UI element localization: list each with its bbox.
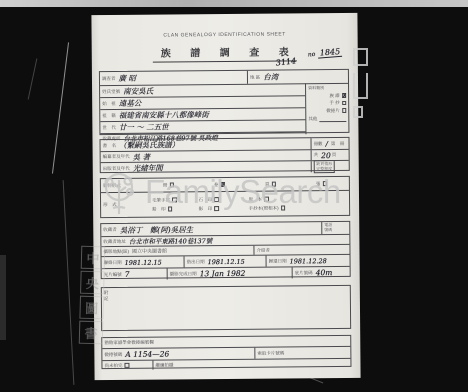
option-label: 冊: [163, 182, 168, 188]
checkbox: [342, 108, 347, 113]
film-mark: [353, 106, 363, 118]
owner-cell: 收藏者 吳浴丁 鄭(阿)吳居生: [101, 222, 321, 236]
pages-cell: 共 20 頁: [311, 150, 349, 160]
format-label-cell: 資料形式: [101, 179, 141, 192]
seal-char: 央: [80, 271, 105, 295]
date-cell: 聯絡日期 1981.12.15: [102, 256, 184, 268]
field-label: 世 代: [102, 124, 116, 130]
checkbox: [124, 363, 129, 368]
option: 石 印: [199, 197, 219, 203]
field-label: 微捲號碼: [104, 351, 122, 357]
option: 冊: [163, 182, 174, 188]
option-label: 毛筆手寫: [152, 197, 170, 203]
field-value-handwritten: 7: [125, 270, 130, 279]
handwritten-note: 3114: [275, 56, 296, 67]
option-row: 族 譜: [308, 92, 346, 98]
film-cell: 光片編號 7: [102, 269, 167, 281]
option-label: 張: [316, 181, 321, 187]
option-label: 頁: [265, 181, 270, 187]
field-label: 介紹者: [256, 247, 270, 253]
field-value-handwritten: 1981.12.15: [125, 258, 162, 266]
field-label: 始 祖: [102, 100, 116, 106]
option-row: 微捲片: [308, 107, 346, 113]
checkbox: [322, 181, 327, 186]
condition-box: 缺頁情形 完整程度: [314, 160, 335, 172]
field-value-handwritten: 台湾: [263, 72, 278, 83]
checkbox: [264, 197, 269, 202]
option: 張: [316, 181, 327, 187]
field-value: 國立中央圖書館: [132, 248, 167, 255]
compiler-cell: 調查者 廣 昭: [100, 71, 247, 85]
table-row: 收藏者 吳浴丁 鄭(阿)吳居生 電話 號碼: [101, 222, 349, 236]
other-option: 其他: [308, 115, 346, 121]
field-label: 書 名: [103, 142, 117, 148]
field-label: 調查者: [102, 75, 116, 81]
field-value-handwritten: 13 Jan 1982: [200, 269, 246, 278]
field-value-handwritten: 吳 著: [133, 151, 150, 162]
region-cell: 地 區 台湾: [247, 70, 348, 84]
identity-body: 姓氏堂號 南安吳氏 始 祖 遠基公 祖 籍 福建省南安縣十八都像峰街 世 代 廿…: [100, 83, 348, 136]
table-row: 出版者及年代 光緒年間 缺頁情形 完整程度: [101, 160, 349, 174]
reference-number: no 1845: [307, 47, 342, 59]
option-label: 其他: [308, 116, 317, 122]
field-label: 編纂者及年代: [103, 154, 130, 160]
option-label: 鉛 印: [152, 206, 166, 212]
format-table: 資料形式 冊 卷 頁 張 形 式 毛筆手寫 鉛 印: [100, 176, 350, 218]
film-top-band: [0, 0, 468, 7]
condition-cell: 缺頁情形 完整程度: [311, 161, 349, 172]
header-english: CLAN GENEALOGY IDENTIFICATION SHEET: [92, 31, 358, 39]
option: 卷: [214, 182, 225, 188]
field-label: 歸還日期: [269, 258, 287, 264]
date-cell: 借出日期 1981.12.15: [184, 256, 266, 268]
field-value-handwritten: 廿一 ～ 二五世: [119, 121, 169, 132]
checkbox: [281, 206, 286, 211]
style-column: 原 本 手抄本(照相本): [248, 196, 285, 211]
checkbox: [168, 207, 173, 212]
option-label: 原 本: [248, 196, 262, 202]
ref-value: 1845: [317, 47, 342, 59]
option: 毛筆手寫: [152, 197, 177, 203]
field-label: 共: [314, 152, 319, 158]
date-cell: 歸還日期 1981.12.28: [266, 255, 350, 267]
field-label: 收藏者地址: [103, 238, 126, 244]
seal-char: 圖: [79, 296, 104, 320]
table-row: 光片編號 7 攝影完成日期 13 Jan 1982 底片號碼 40m: [102, 266, 350, 280]
table-row: 形 式 毛筆手寫 鉛 印 石 印 影 印 原 本 手抄本(照相本): [101, 190, 349, 217]
format-options-cell: 冊 卷 頁 張: [141, 177, 349, 192]
identity-table: 調查者 廣 昭 地 區 台湾 姓氏堂號 南安吳氏 始 祖 遠基公: [99, 69, 350, 135]
table-row: 微捲號碼 A 1154—26 索取卡片號碼: [102, 346, 350, 360]
option-label: 石 印: [199, 197, 213, 203]
field-label: 姓氏堂號: [102, 88, 120, 94]
option: 鉛 印: [152, 206, 177, 212]
field-label: 攝影地點(區): [103, 248, 129, 254]
field-value-handwritten: 40m: [316, 268, 333, 277]
field-label: 索取卡片號碼: [257, 350, 284, 356]
publisher-cell: 出版者及年代 光緒年間: [101, 161, 311, 174]
field-value-handwritten: 廣 昭: [118, 73, 135, 84]
table-row: 聯絡日期 1981.12.15 借出日期 1981.12.15 歸還日期 198…: [102, 254, 350, 268]
field-label: 頁: [332, 152, 337, 158]
style-column: 石 印 影 印: [199, 197, 219, 212]
field-label: 繼續拍攝: [155, 362, 173, 368]
field-value-handwritten: 1981.12.15: [208, 257, 245, 265]
microfilm-scan: CLAN GENEALOGY IDENTIFICATION SHEET 族 譜 …: [0, 0, 468, 392]
compiler-era-cell: 編纂者及年代 吳 著: [101, 150, 311, 162]
phone-lines: 電話 號碼: [324, 223, 332, 232]
checkbox: [169, 183, 174, 188]
checkbox: [271, 182, 276, 187]
place-cell: 攝影地點(區) 國立中央圖書館: [101, 246, 253, 256]
film-edge-marks: [353, 48, 373, 125]
field-value-handwritten: 台北市和平東路140巷137號: [129, 236, 212, 246]
ref-prefix: no: [308, 51, 316, 59]
field-label: 完整程度: [316, 167, 332, 172]
blank-line: [319, 117, 346, 121]
field-label: 光片編號: [104, 271, 122, 277]
field-value-handwritten: 遠基公: [119, 98, 142, 109]
film-scratch: [63, 180, 75, 385]
table-row: 書 名 （繫嗣吳氏族譜） 冊數 ∕ 第 冊: [101, 138, 349, 151]
checkbox: [342, 101, 347, 106]
table-row: 資料形式 冊 卷 頁 張: [101, 177, 349, 192]
field-label: 第 冊: [331, 140, 345, 146]
continue-cell: 繼續拍攝: [152, 359, 350, 370]
field-label: 收藏者: [103, 227, 117, 233]
style-options-cell: 毛筆手寫 鉛 印 石 印 影 印 原 本 手抄本(照相本): [141, 191, 349, 217]
field-label: 出版者及年代: [103, 165, 130, 171]
checkbox: [342, 93, 347, 98]
owner-table: 收藏者 吳浴丁 鄭(阿)吳居生 電話 號碼 收藏者地址 台北市和平東路140巷1…: [100, 221, 350, 279]
box-header: 資料類別: [308, 85, 346, 91]
introducer-cell: 介紹者: [253, 245, 349, 255]
field-value-handwritten: 1981.12.28: [290, 257, 327, 265]
option-label: 手 抄: [329, 100, 339, 106]
field-label: 攝影完成日期: [170, 271, 197, 277]
material-type-box: 資料類別 族 譜 手 抄 微捲片 其他: [305, 83, 348, 134]
field-label: 形 式: [103, 202, 117, 208]
field-label: 尚未拍完: [104, 362, 122, 368]
book-title-cell: 書 名 （繫嗣吳氏族譜）: [101, 138, 311, 151]
option-label: 卷: [214, 182, 219, 188]
card-number-cell: 索取卡片號碼: [254, 347, 350, 359]
option-label: 手抄本(照相本): [249, 205, 279, 211]
field-label: 地 區: [250, 74, 260, 80]
film-edge-glow: [0, 255, 6, 340]
paper-sheet: CLAN GENEALOGY IDENTIFICATION SHEET 族 譜 …: [91, 13, 360, 380]
archive-seal-stamp: 中 央 圖 書: [79, 246, 106, 347]
seal-char: 中: [81, 246, 106, 270]
option: 頁: [265, 181, 276, 187]
field-label: 聯絡日期: [104, 259, 122, 265]
field-value-handwritten: A 1154—26: [125, 350, 169, 359]
roll-number-cell: 微捲號碼 A 1154—26: [102, 348, 254, 360]
film-mark: [353, 73, 368, 99]
volume-cell: 冊數 ∕ 第 冊: [310, 138, 348, 149]
field-label: 借出日期: [187, 259, 205, 265]
identity-rows: 姓氏堂號 南安吳氏 始 祖 遠基公 祖 籍 福建省南安縣十八都像峰街 世 代 廿…: [100, 83, 305, 136]
phone-cell: 電話 號碼: [321, 222, 349, 234]
field-label: 資料形式: [103, 182, 121, 188]
microfilm-table: 猶他家譜學會微捲編號欄 微捲號碼 A 1154—26 索取卡片號碼 尚未拍完: [101, 335, 351, 369]
field-value-handwritten: 福建省南安縣十八都像峰街: [119, 109, 209, 121]
not-finished-cell: 尚未拍完: [102, 361, 152, 370]
field-value-handwritten: 吳浴丁 鄭(阿)吳居生: [120, 224, 193, 236]
option-row: 手 抄: [308, 100, 346, 106]
style-column: 毛筆手寫 鉛 印: [152, 197, 177, 212]
section-header: 猶他家譜學會微捲編號欄: [104, 340, 154, 346]
checkbox: [214, 206, 219, 211]
checkbox: [172, 198, 177, 203]
field-value-handwritten: ∕: [326, 140, 328, 148]
option: 影 印: [199, 206, 219, 212]
field-label: 底片號碼: [295, 270, 313, 276]
film-scratch: [52, 42, 69, 173]
seal-char: 書: [79, 321, 104, 345]
film-cell: 攝影完成日期 13 Jan 1982: [167, 267, 292, 279]
film-cell: 底片號碼 40m: [292, 267, 350, 279]
field-label: 祖 籍: [102, 112, 116, 118]
film-scratch: [28, 58, 38, 99]
checkbox: [220, 182, 225, 187]
field-value-handwritten: 南安吳氏: [123, 86, 153, 97]
book-table: 書 名 （繫嗣吳氏族譜） 冊數 ∕ 第 冊 編纂者及年代 吳 著 共 20 頁: [99, 137, 349, 173]
option-label: 影 印: [199, 206, 213, 212]
field-value-handwritten: 光緒年間: [133, 163, 163, 174]
style-label-cell: 形 式: [101, 193, 141, 217]
remarks-box: 附 記: [101, 285, 351, 331]
field-value-handwritten: 20: [321, 151, 331, 160]
option-label: 微捲片: [326, 108, 340, 114]
film-mark: [353, 48, 368, 66]
option: 手抄本(照相本): [249, 205, 286, 211]
option-label: 族 譜: [329, 93, 339, 99]
field-value-handwritten: （繫嗣吳氏族譜）: [119, 139, 179, 151]
field-label: 號碼: [324, 228, 332, 233]
table-row: 編纂者及年代 吳 著 共 20 頁: [101, 149, 349, 162]
option: 原 本: [248, 196, 285, 202]
checkbox: [214, 197, 219, 202]
field-label: 冊數: [314, 141, 323, 147]
